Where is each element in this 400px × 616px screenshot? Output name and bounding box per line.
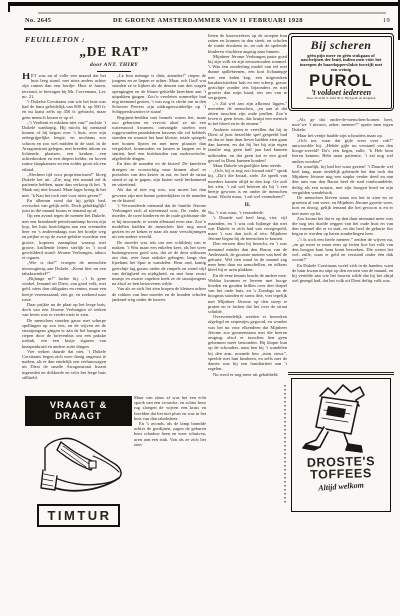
story-paragraph: Op een avond tegen de noenen liet Dukele… — [22, 213, 106, 260]
story-paragraph: „Slechten tijd voor proprietarissen!” kl… — [22, 172, 106, 198]
scan-border-top — [8, 2, 400, 6]
story-paragraph: De menschen bleven staan om het te zien … — [292, 195, 393, 216]
feuilleton-label: FEUILLETON : — [25, 35, 85, 44]
story-paragraph: Anderen wisten te vertellen dat hij in D… — [208, 127, 287, 163]
story-paragraph: Vier weken duurde dat niet, ’t Dukele Co… — [22, 349, 106, 380]
story-column-1: HET was nu al volle een maand dat het hu… — [22, 73, 106, 392]
story-paragraph: Van als ze zich liet zien kropen de klei… — [112, 286, 206, 302]
story-paragraph: „’t Zal wel aan zijn afkomst liggen,” me… — [208, 101, 287, 127]
newspaper-page: No. 2645 DE GROENE AMSTERDAMMER VAN 11 F… — [0, 0, 400, 616]
story-paragraph: „’t Verdient er niksken niet van!” zucht… — [22, 120, 106, 172]
story-column-3: lieten de karrewerkers op de stoepen hun… — [208, 33, 287, 503]
story-paragraph: Daar prijkte nu de plaat op het leege hu… — [22, 302, 106, 318]
purol-brand-wordmark: PUROL — [292, 73, 391, 89]
purol-body-text: géén pijn meer en géén stukgaan of nasch… — [292, 53, 391, 73]
page-header: No. 2645 DE GROENE AMSTERDAMMER VAN 11 F… — [24, 17, 392, 27]
story-paragraph: „Och, hij is nog zoo kwaad niet!” sprak … — [208, 168, 287, 199]
story-paragraph: „’t Is toch een heele meneer,” zeiden de… — [292, 237, 393, 263]
timtur-slogan: VRAAGT & DRAAGT — [25, 396, 132, 426]
story-paragraph: HET was nu al volle een maand dat het hu… — [22, 73, 106, 99]
story-paragraph: „Och toe, waar dat gijle weer over valt!… — [292, 138, 393, 164]
story-paragraph: En waarlijk, hij had het waar gezien! ’t… — [292, 164, 393, 195]
toffee-character-illustration — [302, 382, 380, 456]
story-paragraph: Begijnen-bedden met hemels waren het, ma… — [112, 115, 206, 162]
title-ornament-rule — [97, 71, 131, 72]
story-title: „DE RAT” — [22, 44, 206, 60]
story-paragraph: De moeder was iets om een schilderij van… — [112, 240, 206, 287]
story-column-3-part1: lieten de karrewerkers op de stoepen hun… — [208, 33, 287, 200]
story-paragraph: ’t Duurde wel heel lang, vier, vijf maan… — [208, 215, 287, 241]
story-paragraph: En Dukele Corstiaans wreef zich in de ha… — [292, 263, 393, 284]
story-paragraph: ’t Verwonderde niemand dat de familie Jé… — [112, 203, 206, 239]
story-paragraph: En ’s avonds, als de lamp brandde achter… — [134, 421, 206, 447]
story-column-2-upper: „Le bon ménage is dáár, attendez!” riepe… — [112, 73, 206, 393]
story-paragraph: En alleman vond dat hij gelijk had, over… — [22, 198, 106, 214]
story-column-3-part2: Nu, ’t was waar, ’t veranderde.’t Duurde… — [208, 210, 287, 377]
purol-ad: Bij scheren géén pijn meer en géén stukg… — [288, 33, 394, 111]
purol-footer-text: Doos 30 en 60 ct. Tube 80 ct. Bij Apoth.… — [292, 97, 391, 101]
scan-edge-line — [38, 12, 386, 14]
story-paragraph: Den eersten dien hij bezocht, en ’t was … — [208, 241, 287, 272]
story-paragraph: „Le bon ménage is dáár, attendez!” riepe… — [112, 73, 206, 115]
story-paragraph: ’t Dukelse Corstiaans van wie het huis w… — [22, 99, 106, 120]
story-paragraph: De menschen stonden gauw met scherpe spe… — [22, 318, 106, 349]
story-paragraph: „Als ge dat onder-de-menschen-komen heet… — [292, 117, 393, 133]
column-divider-rule — [288, 372, 394, 375]
story-title-block: „DE RAT” door ANT. THIRY — [22, 44, 206, 72]
story-column-4: „Als ge dat onder-de-menschen-komen heet… — [292, 117, 393, 371]
story-paragraph: Nu werd er nog meer uit gebabbeld. — [208, 372, 287, 377]
header-rule — [24, 28, 393, 30]
story-paragraph: Zoo kwam het dat er op den duur niemand … — [292, 216, 393, 237]
purol-ad-inner: Bij scheren géén pijn meer en géén stukg… — [291, 36, 392, 109]
story-paragraph: En dan de manden en de kisten! De knecht… — [112, 161, 206, 187]
story-paragraph: Overvriendelijk werden er bezoeken afgel… — [208, 314, 287, 371]
story-paragraph: „Wie is dat?” vroegen de menschen nieuws… — [22, 260, 106, 276]
story-column-2-lower: Maar van ziens af was het een echt spook… — [134, 395, 206, 507]
story-paragraph: En de eene kennis bracht de andere mee. … — [208, 273, 287, 315]
story-paragraph: Mijnheer Jérome Verbongen paste goed bij… — [208, 54, 287, 101]
story-paragraph: lieten de karrewerkers op de stoepen hun… — [208, 33, 287, 54]
scan-border-notch — [8, 2, 10, 12]
story-byline: door ANT. THIRY — [22, 62, 206, 68]
page-number: 19 — [383, 17, 390, 24]
scan-margin-marks — [284, 385, 286, 505]
story-paragraph: „Bijlange ni!” lachte hij. „’t Is gene w… — [22, 276, 106, 302]
timtur-ad: VRAAGT & DRAAGT TIMTUR — [25, 396, 132, 527]
purol-headline: Bij scheren — [292, 38, 391, 53]
masthead: DE GROENE AMSTERDAMMER VAN 11 FEBRUARI 1… — [24, 17, 392, 24]
timtur-brand: TIMTUR — [37, 504, 119, 528]
story-paragraph: Maar van ziens af was het een echt spook… — [134, 395, 206, 421]
section-heading: II. — [208, 203, 287, 208]
droste-ad: DROSTE'S TOFFEES Altijd welkom — [291, 378, 391, 512]
shoe-illustration — [31, 426, 127, 498]
story-paragraph: Als dat al niet erg was, wat moest het d… — [112, 187, 206, 203]
